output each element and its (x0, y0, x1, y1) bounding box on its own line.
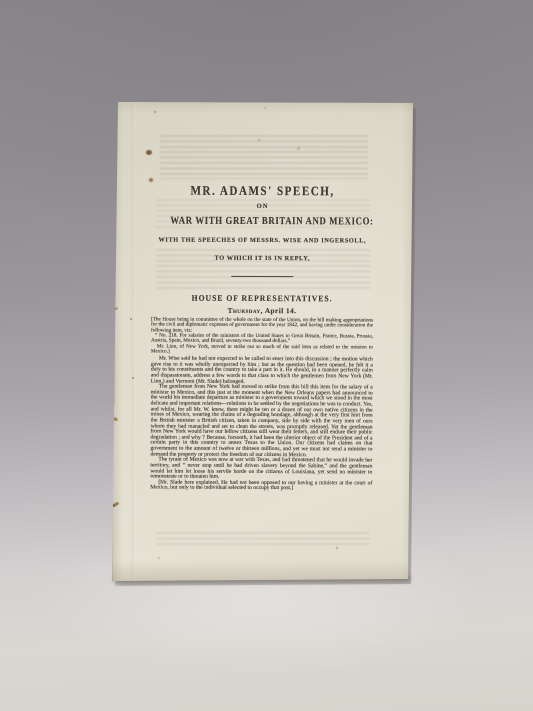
closing-note: [Mr. Slade here explained. He had not be… (150, 480, 372, 492)
preamble-motion: Mr. Linn, of New York, moved to strike o… (151, 344, 373, 356)
speech-paragraph: Mr. Wise said he had not expected to be … (151, 357, 373, 386)
speech-body: Mr. Wise said he had not expected to be … (150, 357, 373, 493)
date-line: Thursday, April 14. (151, 306, 373, 315)
sewing-hole (132, 377, 134, 379)
speech-paragraph: The tyrant of Mexico was now at war with… (150, 458, 372, 481)
preamble-block: [The House being in committee of the who… (151, 318, 373, 356)
date-weekday: Thursday, (228, 306, 263, 314)
title-on: ON (152, 203, 374, 211)
date-rest: April 14. (263, 307, 297, 315)
paper-crease (132, 99, 135, 583)
subtitle-line1: WITH THE SPEECHES OF MESSRS. WISE AND IN… (151, 237, 373, 245)
speech-paragraph: The gentleman from New York had moved to… (150, 385, 372, 459)
subtitle-line2: TO WHICH IT IS IN REPLY, (151, 254, 373, 262)
title-line1: MR. ADAMS' SPEECH, (168, 183, 357, 200)
sewing-hole (130, 318, 132, 320)
divider-rule (231, 276, 293, 278)
pamphlet-page: MR. ADAMS' SPEECH, ON WAR WITH GREAT BRI… (112, 99, 414, 583)
title-line2: WAR WITH GREAT BRITAIN AND MEXICO: (170, 216, 354, 228)
section-heading: HOUSE OF REPRESENTATIVES. (162, 293, 362, 304)
photo-scene: MR. ADAMS' SPEECH, ON WAR WITH GREAT BRI… (0, 0, 533, 711)
page-content: MR. ADAMS' SPEECH, ON WAR WITH GREAT BRI… (150, 99, 374, 584)
